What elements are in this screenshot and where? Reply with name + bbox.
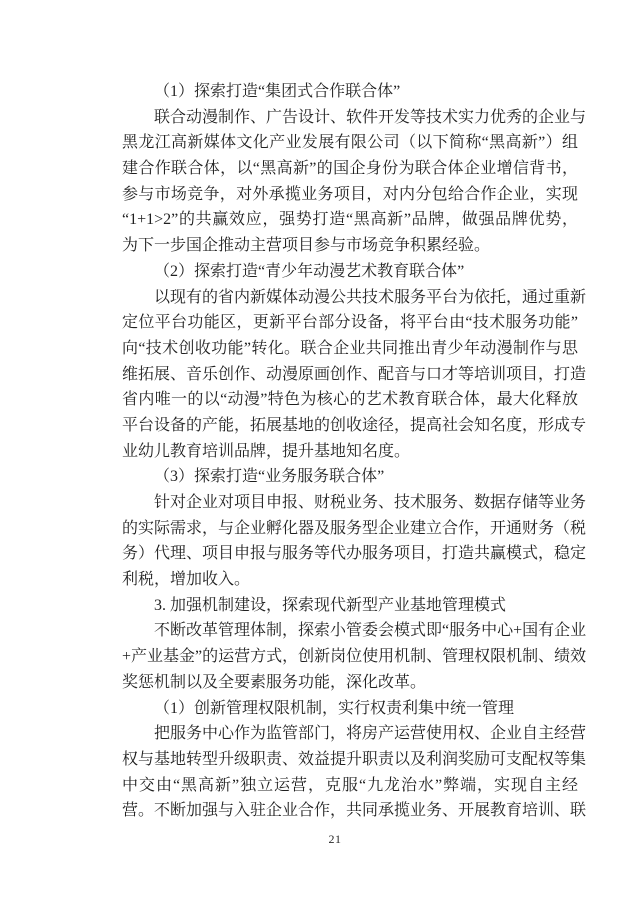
text-line: 把服务中心作为监管部门，将房产运营使用权、企业自主经营 bbox=[122, 721, 578, 747]
text-line: 为下一步国企推动主营项目参与市场竞争积累经验。 bbox=[122, 233, 578, 259]
text-line: 维拓展、音乐创作、动漫原画创作、配音与口才等培训项目，打造 bbox=[122, 362, 578, 388]
text-line: 平台设备的产能，拓展基地的创收途径，提高社会知名度，形成专 bbox=[122, 413, 578, 439]
text-line: 省内唯一的以“动漫”特色为核心的艺术教育联合体，最大化释放 bbox=[122, 387, 578, 413]
text-line: （1）创新管理权限机制，实行权责利集中统一管理 bbox=[122, 696, 578, 722]
text-line: 向“技术创收功能”转化。联合企业共同推出青少年动漫制作与思 bbox=[122, 336, 578, 362]
text-line: 联合动漫制作、广告设计、软件开发等技术实力优秀的企业与 bbox=[122, 105, 578, 131]
text-line: 利税，增加收入。 bbox=[122, 567, 578, 593]
text-line: 营。不断加强与入驻企业合作，共同承揽业务、开展教育培训、联 bbox=[122, 798, 578, 824]
document-text-block: （1）探索打造“集团式合作联合体”联合动漫制作、广告设计、软件开发等技术实力优秀… bbox=[122, 79, 578, 824]
text-line: 参与市场竞争，对外承揽业务项目，对内分包给合作企业，实现 bbox=[122, 182, 578, 208]
text-line: 建合作联合体，以“黑高新”的国企身份为联合体企业增信背书， bbox=[122, 156, 578, 182]
text-line: “1+1>2”的共赢效应，强势打造“黑高新”品牌，做强品牌优势， bbox=[122, 207, 578, 233]
text-line: 针对企业对项目申报、财税业务、技术服务、数据存储等业务 bbox=[122, 490, 578, 516]
text-line: 务）代理、项目申报与服务等代办服务项目，打造共赢模式，稳定 bbox=[122, 541, 578, 567]
document-page: （1）探索打造“集团式合作联合体”联合动漫制作、广告设计、软件开发等技术实力优秀… bbox=[0, 0, 640, 905]
text-line: 3. 加强机制建设，探索现代新型产业基地管理模式 bbox=[122, 593, 578, 619]
text-line: 的实际需求，与企业孵化器及服务型企业建立合作，开通财务（税 bbox=[122, 516, 578, 542]
text-line: 业幼儿教育培训品牌，提升基地知名度。 bbox=[122, 439, 578, 465]
text-line: （2）探索打造“青少年动漫艺术教育联合体” bbox=[122, 259, 578, 285]
text-line: 奖惩机制以及全要素服务功能，深化改革。 bbox=[122, 670, 578, 696]
text-line: +产业基金”的运营方式，创新岗位使用机制、管理权限机制、绩效 bbox=[122, 644, 578, 670]
text-line: 黑龙江高新媒体文化产业发展有限公司（以下简称“黑高新”）组 bbox=[122, 130, 578, 156]
text-line: （3）探索打造“业务服务联合体” bbox=[122, 464, 578, 490]
text-line: 定位平台功能区，更新平台部分设备，将平台由“技术服务功能” bbox=[122, 310, 578, 336]
text-line: 中交由“黑高新”独立运营，克服“九龙治水”弊端，实现自主经 bbox=[122, 773, 578, 799]
text-line: 不断改革管理体制，探索小管委会模式即“服务中心+国有企业 bbox=[122, 618, 578, 644]
text-line: 权与基地转型升级职责、效益提升职责以及利润奖励可支配权等集 bbox=[122, 747, 578, 773]
page-number: 21 bbox=[30, 831, 640, 847]
text-line: 以现有的省内新媒体动漫公共技术服务平台为依托，通过重新 bbox=[122, 285, 578, 311]
text-line: （1）探索打造“集团式合作联合体” bbox=[122, 79, 578, 105]
